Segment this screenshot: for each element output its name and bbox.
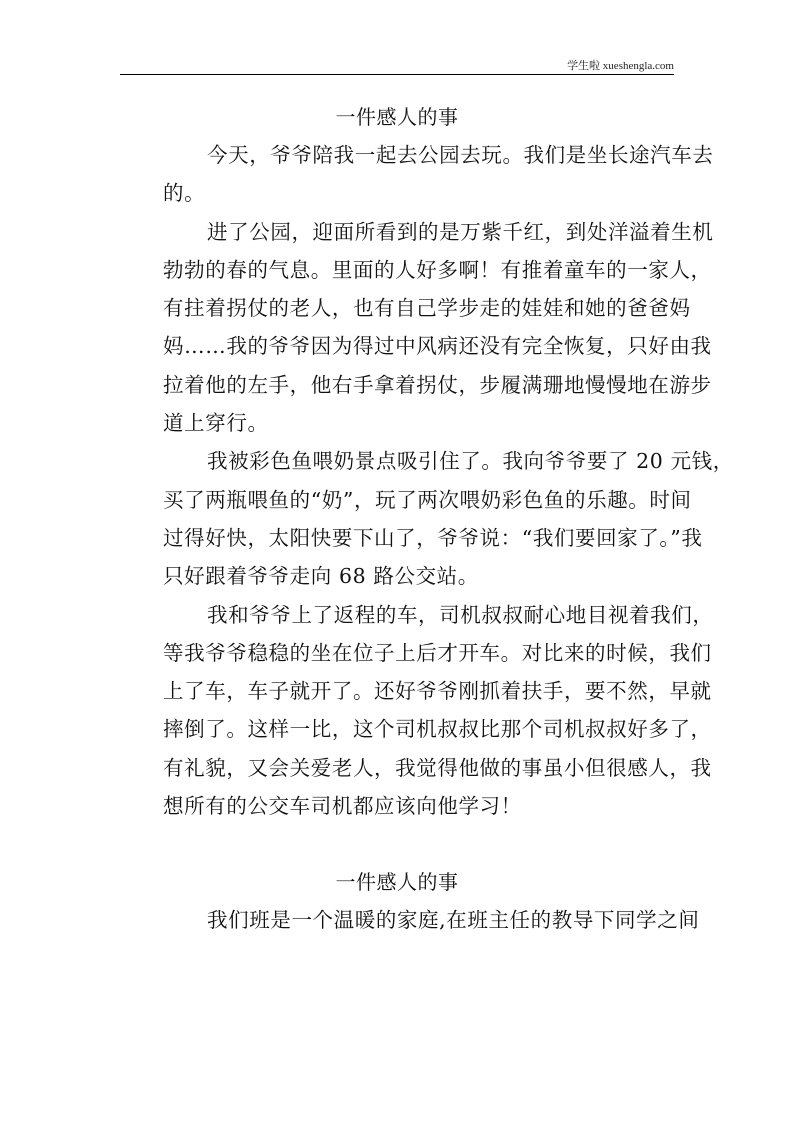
text-line: 有礼貌，又会关爱老人，我觉得他做的事虽小但很感人，我 [120, 749, 674, 787]
text-line: 道上穿行。 [120, 404, 674, 442]
paragraph-2: 进了公园，迎面所看到的是万紫千红，到处洋溢着生机 勃勃的春的气息。里面的人好多啊… [120, 213, 674, 443]
text-line: 勃勃的春的气息。里面的人好多啊！有推着童车的一家人， [120, 251, 674, 289]
text-line: 妈……我的爷爷因为得过中风病还没有完全恢复，只好由我 [120, 327, 674, 365]
text-line: 过得好快，太阳快要下山了，爷爷说：“我们要回家了。”我 [120, 519, 674, 557]
page-header: 学生啦 xueshengla.com [120, 56, 674, 75]
essay-1: 一件感人的事 今天，爷爷陪我一起去公园去玩。我们是坐长途汽车去 的。 进了公园，… [120, 98, 674, 825]
essay-title: 一件感人的事 [120, 863, 674, 901]
text-line: 拉着他的左手，他右手拿着拐仗，步履满珊地慢慢地在游步 [120, 366, 674, 404]
text-line: 我被彩色鱼喂奶景点吸引住了。我向爷爷要了 20 元钱， [120, 442, 674, 480]
text-line: 摔倒了。这样一比，这个司机叔叔比那个司机叔叔好多了， [120, 710, 674, 748]
paragraph-1: 今天，爷爷陪我一起去公园去玩。我们是坐长途汽车去 的。 [120, 136, 674, 213]
text-line: 买了两瓶喂鱼的“奶”，玩了两次喂奶彩色鱼的乐趣。时间 [120, 481, 674, 519]
header-site-text: 学生啦 xueshengla.com [567, 57, 674, 73]
text-line: 我们班是一个温暖的家庭,在班主任的教导下同学之间 [120, 901, 674, 939]
text-line: 上了车，车子就开了。还好爷爷刚抓着扶手，要不然，早就 [120, 672, 674, 710]
essay-2: 一件感人的事 我们班是一个温暖的家庭,在班主任的教导下同学之间 [120, 863, 674, 939]
text-line: 今天，爷爷陪我一起去公园去玩。我们是坐长途汽车去 [120, 136, 674, 174]
text-line: 进了公园，迎面所看到的是万紫千红，到处洋溢着生机 [120, 213, 674, 251]
section-gap [120, 825, 674, 863]
text-line: 我和爷爷上了返程的车，司机叔叔耐心地目视着我们， [120, 596, 674, 634]
paragraph-3: 我被彩色鱼喂奶景点吸引住了。我向爷爷要了 20 元钱， 买了两瓶喂鱼的“奶”，玩… [120, 442, 674, 595]
text-line: 等我爷爷稳稳的坐在位子上后才开车。对比来的时候，我们 [120, 634, 674, 672]
paragraph-4: 我和爷爷上了返程的车，司机叔叔耐心地目视着我们， 等我爷爷稳稳的坐在位子上后才开… [120, 596, 674, 826]
text-line: 的。 [120, 174, 674, 212]
text-line: 想所有的公交车司机都应该向他学习！ [120, 787, 674, 825]
document-body: 一件感人的事 今天，爷爷陪我一起去公园去玩。我们是坐长途汽车去 的。 进了公园，… [120, 98, 674, 940]
text-line: 有拄着拐仗的老人，也有自己学步走的娃娃和她的爸爸妈 [120, 289, 674, 327]
paragraph-1: 我们班是一个温暖的家庭,在班主任的教导下同学之间 [120, 901, 674, 939]
essay-title: 一件感人的事 [120, 98, 674, 136]
text-line: 只好跟着爷爷走向 68 路公交站。 [120, 557, 674, 595]
